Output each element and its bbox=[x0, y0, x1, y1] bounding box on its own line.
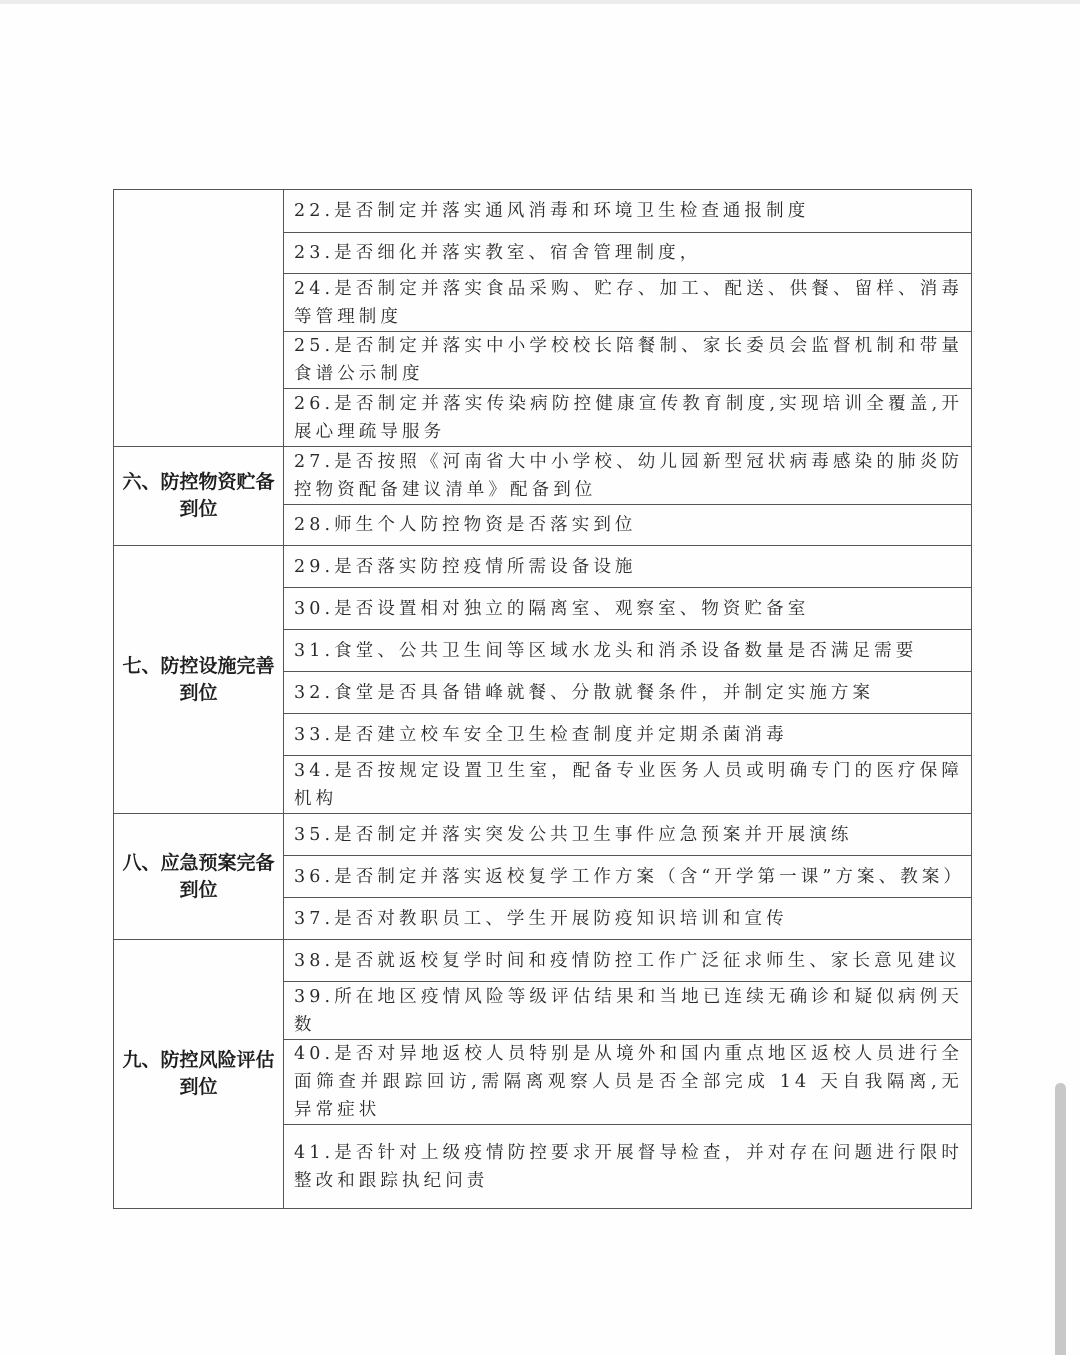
checklist-item: 31.食堂、公共卫生间等区域水龙头和消杀设备数量是否满足需要 bbox=[284, 630, 972, 672]
checklist-item: 34.是否按规定设置卫生室，配备专业医务人员或明确专门的医疗保障机构 bbox=[284, 756, 972, 814]
item-text: 28.师生个人防控物资是否落实到位 bbox=[294, 511, 963, 539]
category-cell-supplies: 六、防控物资贮备到位 bbox=[114, 447, 284, 546]
checklist-table: 22.是否制定并落实通风消毒和环境卫生检查通报制度 23.是否细化并落实教室、宿… bbox=[113, 189, 972, 1209]
category-label: 八、应急预案完备到位 bbox=[123, 850, 275, 904]
item-text: 41.是否针对上级疫情防控要求开展督导检查，并对存在问题进行限时整改和跟踪执纪问… bbox=[294, 1139, 963, 1195]
item-text: 38.是否就返校复学时间和疫情防控工作广泛征求师生、家长意见建议 bbox=[294, 947, 963, 975]
checklist-item: 37.是否对教职员工、学生开展防疫知识培训和宣传 bbox=[284, 898, 972, 940]
checklist-item: 39.所在地区疫情风险等级评估结果和当地已连续无确诊和疑似病例天数 bbox=[284, 982, 972, 1040]
checklist-item: 36.是否制定并落实返校复学工作方案（含“开学第一课”方案、教案） bbox=[284, 856, 972, 898]
checklist-body: 22.是否制定并落实通风消毒和环境卫生检查通报制度 23.是否细化并落实教室、宿… bbox=[114, 190, 972, 1209]
item-text: 36.是否制定并落实返校复学工作方案（含“开学第一课”方案、教案） bbox=[294, 863, 963, 891]
item-text: 32.食堂是否具备错峰就餐、分散就餐条件，并制定实施方案 bbox=[294, 679, 963, 707]
item-text: 30.是否设置相对独立的隔离室、观察室、物资贮备室 bbox=[294, 595, 963, 623]
item-text: 26.是否制定并落实传染病防控健康宣传教育制度,实现培训全覆盖,开展心理疏导服务 bbox=[294, 390, 963, 446]
checklist-item: 22.是否制定并落实通风消毒和环境卫生检查通报制度 bbox=[284, 190, 972, 233]
checklist-item: 23.是否细化并落实教室、宿舍管理制度， bbox=[284, 233, 972, 274]
category-label: 六、防控物资贮备到位 bbox=[123, 469, 275, 523]
item-text: 35.是否制定并落实突发公共卫生事件应急预案并开展演练 bbox=[294, 821, 963, 849]
category-label: 九、防控风险评估到位 bbox=[123, 1047, 275, 1101]
category-cell-facilities: 七、防控设施完善到位 bbox=[114, 546, 284, 814]
table-row: 22.是否制定并落实通风消毒和环境卫生检查通报制度 bbox=[114, 190, 972, 233]
item-text: 37.是否对教职员工、学生开展防疫知识培训和宣传 bbox=[294, 905, 963, 933]
item-text: 39.所在地区疫情风险等级评估结果和当地已连续无确诊和疑似病例天数 bbox=[294, 983, 963, 1039]
checklist-item: 40.是否对异地返校人员特别是从境外和国内重点地区返校人员进行全面筛查并跟踪回访… bbox=[284, 1040, 972, 1125]
item-text: 33.是否建立校车安全卫生检查制度并定期杀菌消毒 bbox=[294, 721, 963, 749]
checklist-item: 29.是否落实防控疫情所需设备设施 bbox=[284, 546, 972, 588]
item-text: 34.是否按规定设置卫生室，配备专业医务人员或明确专门的医疗保障机构 bbox=[294, 757, 963, 813]
checklist-item: 28.师生个人防控物资是否落实到位 bbox=[284, 505, 972, 546]
item-text: 40.是否对异地返校人员特别是从境外和国内重点地区返校人员进行全面筛查并跟踪回访… bbox=[294, 1040, 963, 1124]
item-text: 23.是否细化并落实教室、宿舍管理制度， bbox=[294, 239, 963, 267]
item-text: 27.是否按照《河南省大中小学校、幼儿园新型冠状病毒感染的肺炎防控物资配备建议清… bbox=[294, 448, 963, 504]
item-text: 24.是否制定并落实食品采购、贮存、加工、配送、供餐、留样、消毒等管理制度 bbox=[294, 275, 963, 331]
checklist-item: 26.是否制定并落实传染病防控健康宣传教育制度,实现培训全覆盖,开展心理疏导服务 bbox=[284, 389, 972, 447]
checklist-item: 27.是否按照《河南省大中小学校、幼儿园新型冠状病毒感染的肺炎防控物资配备建议清… bbox=[284, 447, 972, 505]
table-row: 六、防控物资贮备到位 27.是否按照《河南省大中小学校、幼儿园新型冠状病毒感染的… bbox=[114, 447, 972, 505]
checklist-item: 24.是否制定并落实食品采购、贮存、加工、配送、供餐、留样、消毒等管理制度 bbox=[284, 274, 972, 332]
category-cell-risk: 九、防控风险评估到位 bbox=[114, 940, 284, 1209]
checklist-item: 25.是否制定并落实中小学校校长陪餐制、家长委员会监督机制和带量食谱公示制度 bbox=[284, 332, 972, 389]
checklist-item: 35.是否制定并落实突发公共卫生事件应急预案并开展演练 bbox=[284, 814, 972, 856]
checklist-item: 41.是否针对上级疫情防控要求开展督导检查，并对存在问题进行限时整改和跟踪执纪问… bbox=[284, 1125, 972, 1209]
scrollbar-thumb[interactable] bbox=[1055, 1083, 1066, 1355]
category-cell-emergency: 八、应急预案完备到位 bbox=[114, 814, 284, 940]
table-row: 九、防控风险评估到位 38.是否就返校复学时间和疫情防控工作广泛征求师生、家长意… bbox=[114, 940, 972, 982]
table-row: 八、应急预案完备到位 35.是否制定并落实突发公共卫生事件应急预案并开展演练 bbox=[114, 814, 972, 856]
category-cell bbox=[114, 190, 284, 447]
checklist-item: 38.是否就返校复学时间和疫情防控工作广泛征求师生、家长意见建议 bbox=[284, 940, 972, 982]
item-text: 25.是否制定并落实中小学校校长陪餐制、家长委员会监督机制和带量食谱公示制度 bbox=[294, 332, 963, 388]
checklist-item: 30.是否设置相对独立的隔离室、观察室、物资贮备室 bbox=[284, 588, 972, 630]
item-text: 31.食堂、公共卫生间等区域水龙头和消杀设备数量是否满足需要 bbox=[294, 637, 963, 665]
item-text: 29.是否落实防控疫情所需设备设施 bbox=[294, 553, 963, 581]
table-row: 七、防控设施完善到位 29.是否落实防控疫情所需设备设施 bbox=[114, 546, 972, 588]
category-label: 七、防控设施完善到位 bbox=[123, 653, 275, 707]
checklist-item: 33.是否建立校车安全卫生检查制度并定期杀菌消毒 bbox=[284, 714, 972, 756]
item-text: 22.是否制定并落实通风消毒和环境卫生检查通报制度 bbox=[294, 197, 963, 225]
checklist-item: 32.食堂是否具备错峰就餐、分散就餐条件，并制定实施方案 bbox=[284, 672, 972, 714]
